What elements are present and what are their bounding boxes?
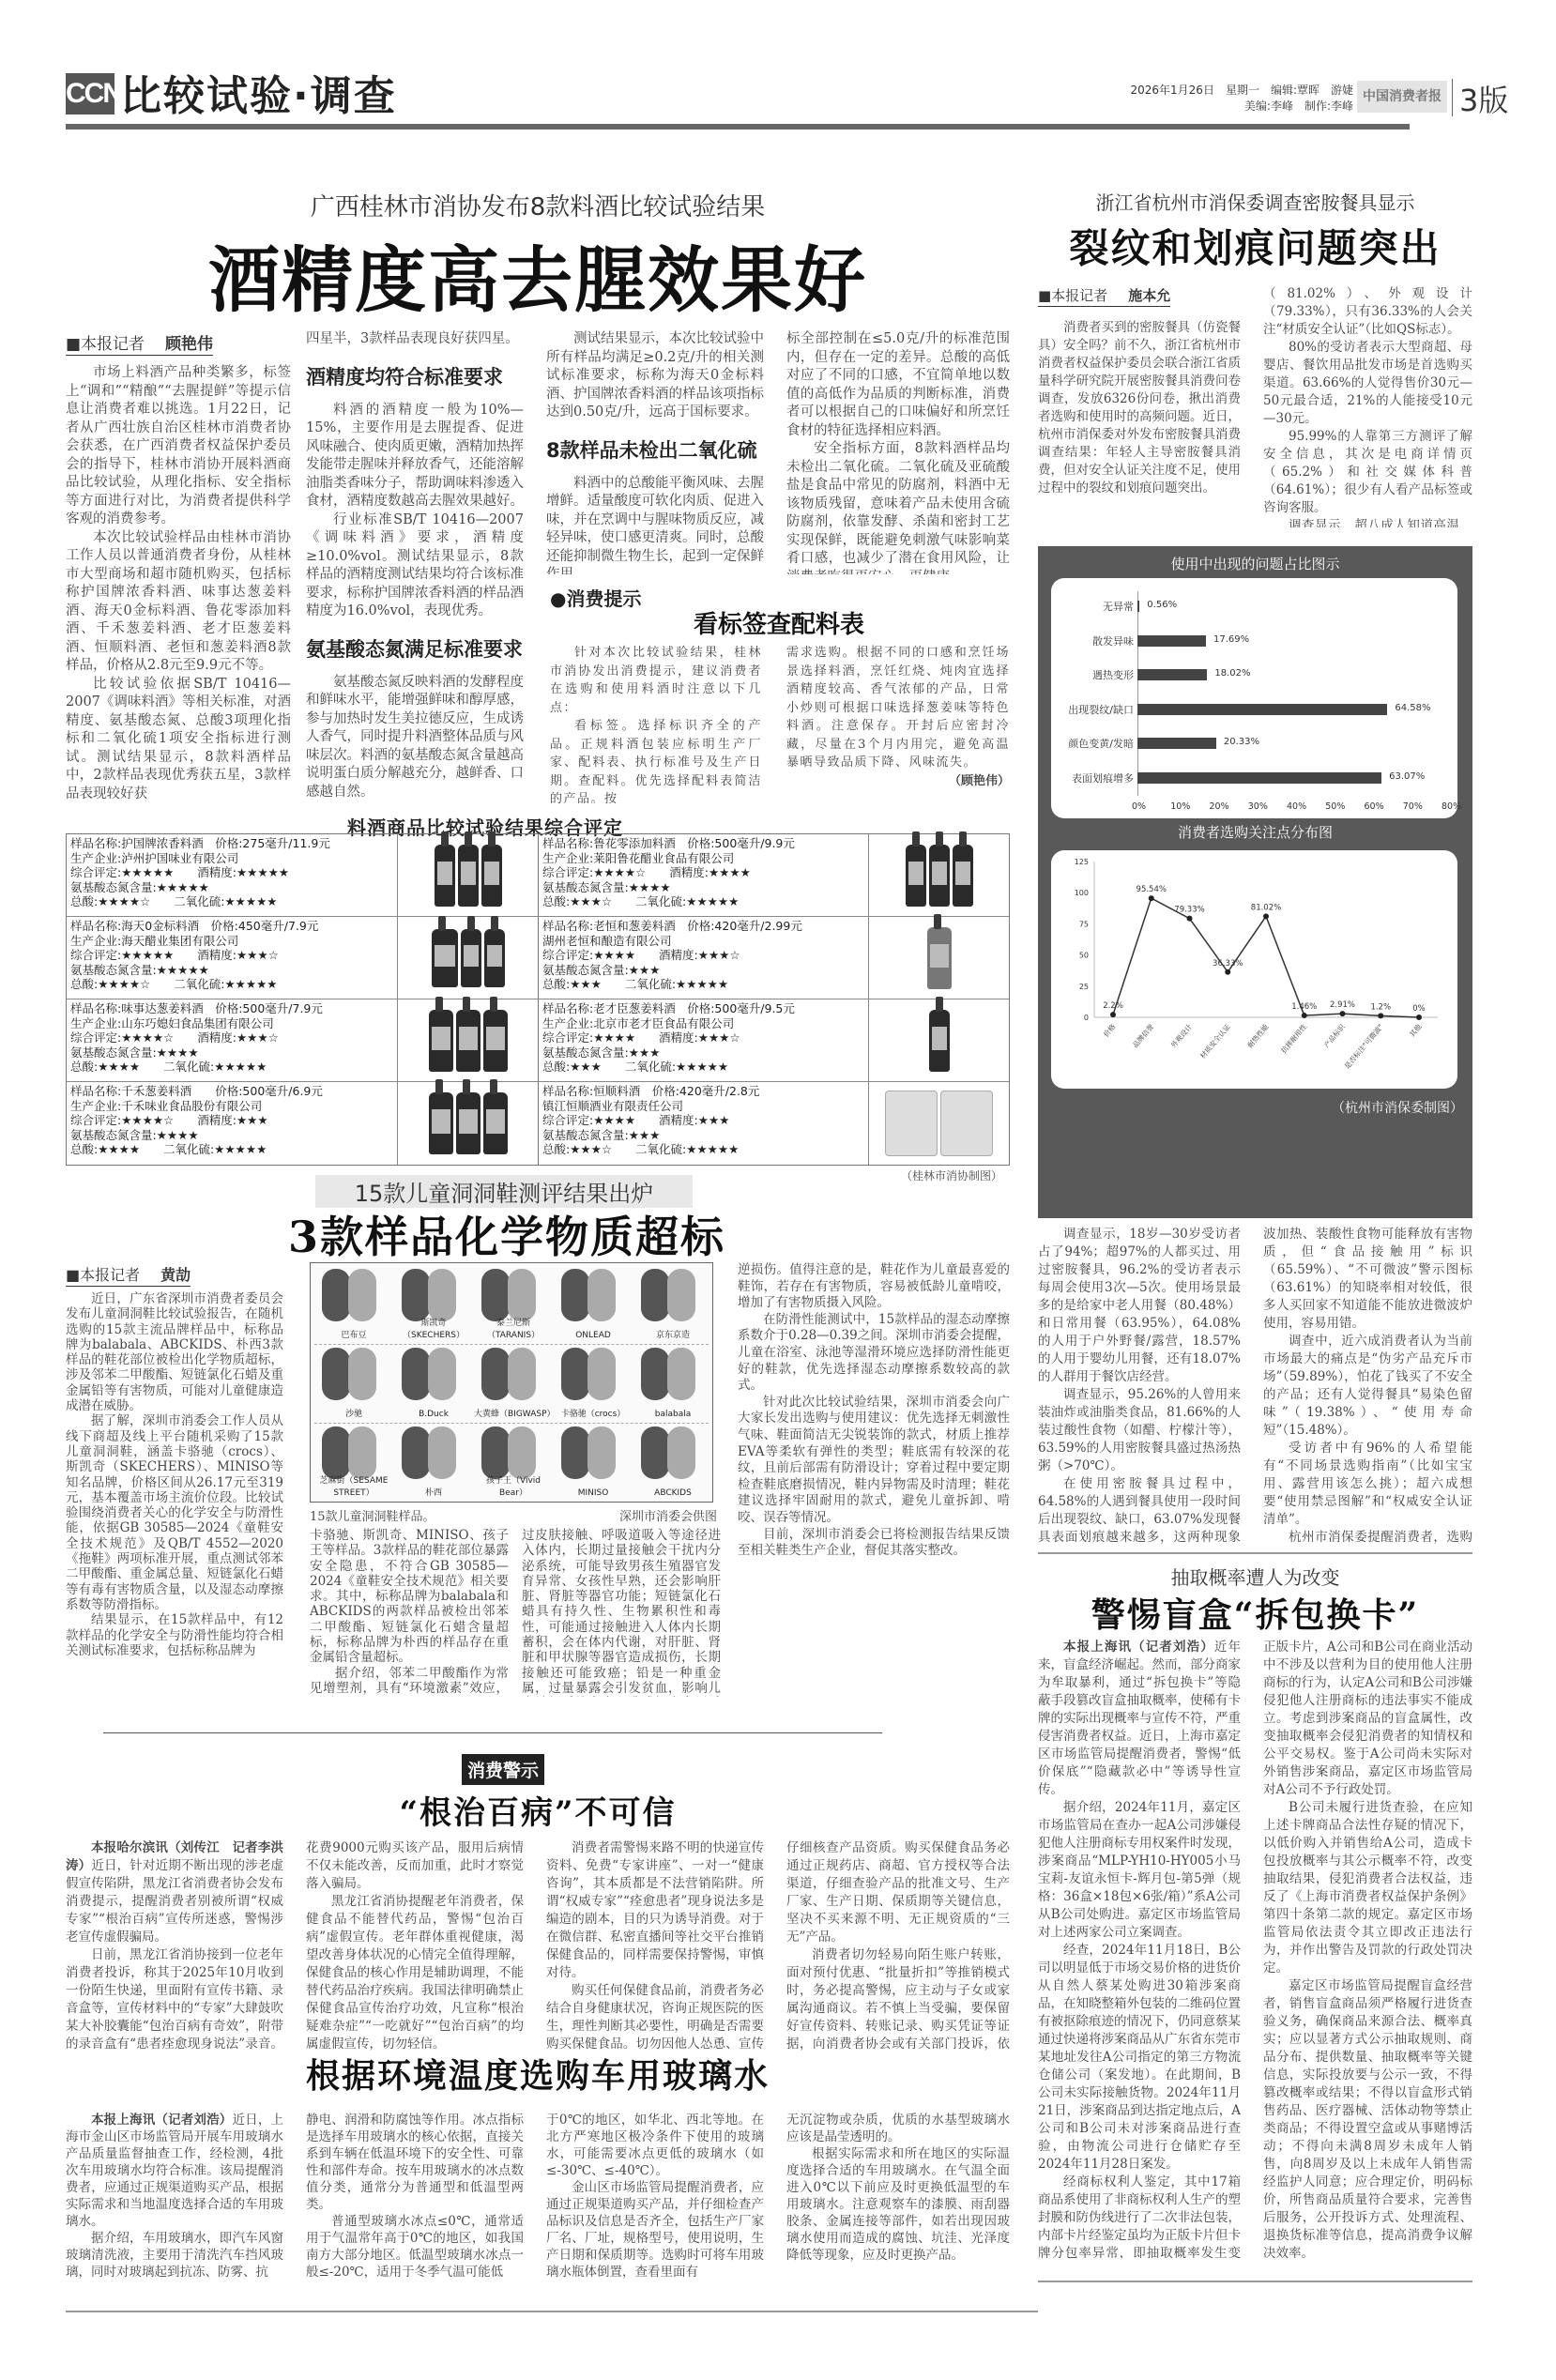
health-top-rule xyxy=(103,1732,882,1733)
svg-text:抗摔耐用性: 抗摔耐用性 xyxy=(1279,1021,1309,1055)
bar xyxy=(1137,738,1216,749)
chart-credit: （杭州市消保委制图） xyxy=(1332,1098,1463,1117)
shoe-sample: 巴布豆 xyxy=(314,1265,393,1342)
shoes-byline: ■本报记者黄劼 xyxy=(66,1263,191,1287)
bar-chart-title: 使用中出现的问题占比图示 xyxy=(1038,546,1472,573)
svg-text:1.46%: 1.46% xyxy=(1291,1002,1317,1012)
table-row: 样品名称:千禾葱姜料酒 价格:500毫升/6.9元 生产企业:千禾味业食品股份有… xyxy=(67,1082,1009,1165)
x-tick: 50% xyxy=(1325,801,1345,812)
section-title: 比较试验·调查 xyxy=(120,62,397,122)
svg-text:价格: 价格 xyxy=(1101,1021,1118,1038)
tip-signature: （顾艳伟） xyxy=(949,772,1010,791)
tip-col-2: 需求选购。根据不同的口感和烹饪场景选择料酒，烹饪红烧、炖肉宜选择酒精度较高、香气… xyxy=(786,644,1010,803)
melamine-kicker: 浙江省杭州市消保委调查密胺餐具显示 xyxy=(1038,188,1472,215)
date-line: 2026年1月26日 星期一 编辑:覃晖 游婕 xyxy=(1131,83,1354,99)
svg-text:0%: 0% xyxy=(1412,1004,1426,1014)
wine-author: 顾艳伟 xyxy=(165,335,213,354)
washer-headline: 根据环境温度选购车用玻璃水 xyxy=(66,2050,1010,2098)
shoe-sample: 沙驰 xyxy=(314,1344,393,1421)
shoe-brand-label: 斯凯奇（SKECHERS） xyxy=(394,1316,473,1340)
bar-value: 63.07% xyxy=(1389,771,1425,782)
melamine-charts-panel: 使用中出现的问题占比图示 无异常0.56%散发异味17.69%遇热变形18.02… xyxy=(1038,546,1472,1218)
shoe-sample: ONLEAD xyxy=(554,1265,633,1342)
bottle-photo xyxy=(868,999,1009,1081)
shoes-author: 黄劼 xyxy=(160,1266,191,1284)
shoe-sample: 芝麻街（SESAME STREET） xyxy=(314,1423,393,1500)
shoe-sample: balabala xyxy=(633,1344,712,1421)
bar-value: 0.56% xyxy=(1147,600,1177,610)
bag-photo xyxy=(868,1082,1009,1165)
wine-sample-laohenghe: 样品名称:老恒和葱姜料酒 价格:420毫升/2.99元 湖州老恒和酿造有限公司 … xyxy=(538,917,1009,999)
shoe-sample: 大黄蜂（BIGWASP） xyxy=(474,1344,553,1421)
masthead-divider xyxy=(1452,79,1453,116)
svg-text:95.54%: 95.54% xyxy=(1136,885,1167,894)
svg-text:是否标注"可微波": 是否标注"可微波" xyxy=(1342,1022,1385,1071)
bar-label: 遇热变形 xyxy=(1040,667,1134,682)
melamine-col-2: （81.02%）、外观设计（79.33%），只有36.33%的人会关注“材质安全… xyxy=(1263,285,1472,527)
wine-col-1: 市场上料酒产品种类繁多，标签上“调和”“精酿”“去腥提鲜”等提示信息让消费者难以… xyxy=(66,364,291,805)
bottle-photo xyxy=(397,834,538,916)
bar-label: 颜色变黄/发暗 xyxy=(1040,736,1134,751)
shoe-brand-label: MINISO xyxy=(554,1488,633,1498)
shoe-sample: 孩子王（Vivid Bear） xyxy=(474,1423,553,1500)
shoe-brand-label: ABCKIDS xyxy=(633,1488,712,1498)
bottom-rule xyxy=(66,2311,1038,2312)
bottle-photo xyxy=(868,834,1009,916)
svg-text:50: 50 xyxy=(1079,952,1089,960)
health-col-4: 仔细核查产品资质。购买保健食品务必通过正规药店、商超、官方授权等合法渠道，仔细查… xyxy=(786,1839,1010,2052)
blindbox-col-2: 正版卡片，A公司和B公司在商业活动中不涉及以营利为目的使用他人注册商标的行为，认… xyxy=(1263,1639,1472,2258)
health-col-3: 消费者需警惕来路不明的快递宣传资料、免费“专家讲座”、一对一“健康咨询”，其本质… xyxy=(546,1839,764,2052)
table-row: 样品名称:味事达葱姜料酒 价格:500毫升/7.9元 生产企业:山东巧媳妇食品集… xyxy=(67,999,1009,1082)
shoe-brand-label: 巴布豆 xyxy=(314,1328,393,1340)
washer-col-4: 无沉淀物或杂质，优质的水基型玻璃水应该是晶莹透明的。 根据实际需求和所在地区的实… xyxy=(786,2112,1010,2281)
svg-text:125: 125 xyxy=(1075,858,1089,866)
shoes-col-3: 过皮肤接触、呼吸道吸入等途径进入体内，长期过量接触会干扰内分泌系统，可能导致男孩… xyxy=(522,1528,721,1697)
tip-col-1: 针对本次比较试验结果，桂林市消协发出消费提示，建议消费者在选购和使用料酒时注意以… xyxy=(550,644,762,803)
bottle-photo xyxy=(397,999,538,1081)
wine-sample-haitian: 样品名称:海天0金标料酒 价格:450毫升/7.9元 生产企业:海天醋业集团有限… xyxy=(67,917,538,999)
melamine-divider xyxy=(1038,1552,1472,1554)
shoe-brand-label: 京东京造 xyxy=(633,1328,712,1340)
shoes-photo-grid: 巴布豆斯凯奇（SKECHERS）泰兰尼斯（TARANIS）ONLEAD京东京造沙… xyxy=(310,1262,713,1503)
bar-label: 表面划痕增多 xyxy=(1040,770,1134,786)
svg-text:2.2%: 2.2% xyxy=(1103,1001,1123,1011)
svg-text:耐热性能: 耐热性能 xyxy=(1245,1021,1271,1049)
wine-kicker: 广西桂林市消协发布8款料酒比较试验结果 xyxy=(66,188,1010,222)
blindbox-col-1: 本报上海讯（记者刘浩）近年来，盲盒经济崛起。然而，部分商家为牟取暴利，通过“拆包… xyxy=(1038,1639,1241,2258)
shoe-brand-label: 卡骆驰（crocs） xyxy=(554,1407,633,1419)
shoe-sample: B.Duck xyxy=(394,1344,473,1421)
bar-label: 无异常 xyxy=(1040,599,1134,614)
wine-table-credit: （桂林市消协制图） xyxy=(901,1167,1002,1183)
shoe-sample: MINISO xyxy=(554,1423,633,1500)
masthead-rule xyxy=(66,124,1410,130)
x-tick: 40% xyxy=(1287,801,1306,812)
wine-sample-laocaichen: 样品名称:老才臣葱姜料酒 价格:500毫升/9.5元 生产企业:北京市老才臣食品… xyxy=(538,999,1009,1081)
shoe-sample: 卡骆驰（crocs） xyxy=(554,1344,633,1421)
x-tick: 30% xyxy=(1248,801,1268,812)
melamine-byline: ■本报记者施本允 xyxy=(1038,285,1170,307)
blindbox-divider xyxy=(1038,2281,1472,2282)
washer-col-1: 本报上海讯（记者刘浩）近日，上海市金山区市场监管局开展车用玻璃水产品质量监督抽查… xyxy=(66,2112,283,2281)
x-tick: 20% xyxy=(1210,801,1229,812)
shoe-sample: ABCKIDS xyxy=(633,1423,712,1500)
tip-headline: 看标签查配料表 xyxy=(544,605,1014,640)
bar-value: 18.02% xyxy=(1214,668,1250,679)
washer-col-3: 于0℃的地区，如华北、西北等地。在北方严寒地区极冷条件下使用的玻璃水，可能需要冰… xyxy=(546,2112,764,2281)
melamine-headline: 裂纹和划痕问题突出 xyxy=(1038,218,1472,274)
shoes-col-2: 卡骆驰、斯凯奇、MINISO、孩子王等样品。3款样品的鞋花部位暴露安全隐患，不符… xyxy=(310,1528,509,1697)
shoe-brand-label: 孩子王（Vivid Bear） xyxy=(474,1473,553,1498)
bottle-photo xyxy=(397,917,538,999)
bar xyxy=(1137,704,1387,715)
blindbox-headline: 警惕盲盒“拆包换卡” xyxy=(1038,1589,1472,1637)
svg-text:0: 0 xyxy=(1084,1014,1089,1022)
shoe-sample: 朴西 xyxy=(394,1423,473,1500)
bar-label: 散发异味 xyxy=(1040,633,1134,648)
health-col-1: 本报哈尔滨讯（刘传江 记者李洪涛）近日，针对近期不断出现的涉老虚假宣传陷阱，黑龙… xyxy=(66,1839,283,2052)
wine-results-table: 样品名称:护国牌浓香料酒 价格:275毫升/11.9元 生产企业:泸州护国味业有… xyxy=(66,833,1010,1166)
svg-text:79.33%: 79.33% xyxy=(1174,906,1204,915)
issue-meta: 2026年1月26日 星期一 编辑:覃晖 游婕 美编:李峰 制作:李峰 xyxy=(1131,83,1354,114)
wine-byline: ■本报记者顾艳伟 xyxy=(66,330,213,356)
svg-text:25: 25 xyxy=(1079,983,1089,991)
shoe-brand-label: balabala xyxy=(633,1410,712,1419)
staff-line: 美编:李峰 制作:李峰 xyxy=(1131,99,1354,114)
health-headline: “根治百病”不可信 xyxy=(66,1787,1010,1833)
shoes-photo-caption: 15款儿童洞洞鞋样品。 xyxy=(310,1506,435,1524)
shoe-brand-label: 大黄蜂（BIGWASP） xyxy=(474,1407,553,1419)
shoe-brand-label: 沙驰 xyxy=(314,1407,393,1419)
wine-sample-luhua: 样品名称:鲁花零添加料酒 价格:500毫升/9.9元 生产企业:莱阳鲁花醋业食品… xyxy=(538,834,1009,916)
svg-text:75: 75 xyxy=(1079,920,1089,928)
warning-tag: 消费警示 xyxy=(462,1754,544,1785)
shoe-brand-label: B.Duck xyxy=(394,1410,473,1419)
shoe-sample: 斯凯奇（SKECHERS） xyxy=(394,1265,473,1342)
blindbox-dateline: 本报上海讯（记者刘浩） xyxy=(1063,1640,1214,1655)
ccn-logo: CCN xyxy=(66,73,114,114)
x-tick: 70% xyxy=(1403,801,1423,812)
blindbox-kicker: 抽取概率遭人为改变 xyxy=(1038,1563,1472,1590)
bottle-photo xyxy=(397,1082,538,1165)
melamine-col-1: 消费者买到的密胺餐具（仿瓷餐具）安全吗？前不久，浙江省杭州市消费者权益保护委员会… xyxy=(1038,319,1241,527)
wine-subhead-amino: 氨基酸态氮满足标准要求 xyxy=(306,634,524,663)
wine-subhead-alcohol: 酒精度均符合标准要求 xyxy=(306,362,524,390)
shoes-photo-credit: 深圳市消委会供图 xyxy=(619,1506,717,1524)
wine-sample-hengshun: 样品名称:恒顺料酒 价格:420毫升/2.8元 镇江恒顺酒业有限责任公司 综合评… xyxy=(538,1082,1009,1165)
wine-sample-qianhe: 样品名称:千禾葱姜料酒 价格:500毫升/6.9元 生产企业:千禾味业食品股份有… xyxy=(67,1082,538,1165)
washer-dateline: 本报上海讯（记者刘浩） xyxy=(91,2113,232,2128)
wine-sample-hugu: 样品名称:护国牌浓香料酒 价格:275毫升/11.9元 生产企业:泸州护国味业有… xyxy=(67,834,538,916)
newspaper-brand: 中国消费者报 xyxy=(1357,81,1447,113)
bar-value: 64.58% xyxy=(1395,703,1430,713)
x-tick: 10% xyxy=(1170,801,1190,812)
shoe-sample: 泰兰尼斯（TARANIS） xyxy=(474,1265,553,1342)
wine-col-4: 标全部控制在≤5.0克/升的标准范围内，但存在一定的差异。总酸的高低对应了不同的… xyxy=(786,330,1010,574)
shoe-brand-label: 芝麻街（SESAME STREET） xyxy=(314,1473,393,1498)
melamine-col-4: 波加热、装酸性食物可能释放有害物质，但“食品接触用”标识（65.59%）、“不可… xyxy=(1263,1226,1472,1545)
svg-text:100: 100 xyxy=(1075,889,1089,897)
health-col-2: 花费9000元购买该产品，服用后病情不仅未能改善，反而加重，此时才察觉落入骗局。… xyxy=(306,1839,524,2052)
bar xyxy=(1137,669,1207,680)
svg-text:材质安全认证: 材质安全认证 xyxy=(1198,1021,1232,1060)
bar xyxy=(1137,635,1206,647)
page-number: 3版 xyxy=(1459,77,1508,120)
bar-label: 出现裂纹/缺口 xyxy=(1040,702,1134,717)
svg-text:产品标识: 产品标识 xyxy=(1321,1021,1347,1049)
shoes-col-4: 逆损伤。值得注意的是，鞋花作为儿童最喜爱的鞋饰，若存在有害物质，容易被低龄儿童啃… xyxy=(738,1262,1010,1697)
washer-col-2: 静电、润滑和防腐蚀等作用。冰点指标是选择车用玻璃水的核心依据，直接关系到车辆在低… xyxy=(306,2112,524,2281)
x-tick: 0% xyxy=(1132,801,1146,812)
table-row: 样品名称:海天0金标料酒 价格:450毫升/7.9元 生产企业:海天醋业集团有限… xyxy=(67,917,1009,999)
shoe-brand-label: 朴西 xyxy=(394,1486,473,1498)
wine-col-3: 测试结果显示，本次比较试验中所有样品均满足≥0.2克/升的相关测试标准要求，标称… xyxy=(546,330,764,574)
bar-value: 17.69% xyxy=(1213,634,1249,645)
x-tick: 60% xyxy=(1365,801,1384,812)
line-chart-title: 消费者选购关注点分布图 xyxy=(1038,822,1472,842)
focus-line-chart: 02550751001252.2%价格95.54%品牌信誉79.33%外观设计3… xyxy=(1051,850,1457,1089)
shoes-headline: 3款样品化学物质超标 xyxy=(244,1203,770,1265)
wine-sample-weishida: 样品名称:味事达葱姜料酒 价格:500毫升/7.9元 生产企业:山东巧媳妇食品集… xyxy=(67,999,538,1081)
bar xyxy=(1137,772,1381,784)
shoe-brand-label: 泰兰尼斯（TARANIS） xyxy=(474,1316,553,1340)
wine-headline: 酒精度高去腥效果好 xyxy=(66,223,1010,326)
svg-text:品牌信誉: 品牌信誉 xyxy=(1130,1021,1155,1049)
table-row: 样品名称:护国牌浓香料酒 价格:275毫升/11.9元 生产企业:泸州护国味业有… xyxy=(67,834,1009,917)
melamine-col-3: 调查显示，18岁—30岁受访者占了94%；超97%的人都买过、用过密胺餐具，96… xyxy=(1038,1226,1241,1545)
svg-text:81.02%: 81.02% xyxy=(1251,903,1281,912)
melamine-author: 施本允 xyxy=(1128,287,1170,304)
bottle-photo xyxy=(868,917,1009,999)
x-tick: 80% xyxy=(1442,801,1461,812)
svg-text:2.91%: 2.91% xyxy=(1330,1000,1355,1010)
wine-subhead-so2: 8款样品未检出二氧化硫 xyxy=(546,435,764,464)
bar-value: 20.33% xyxy=(1224,737,1259,747)
shoe-brand-label: ONLEAD xyxy=(554,1331,633,1340)
shoes-col-1: 近日，广东省深圳市消费者委员会发布儿童洞洞鞋比较试验报告，在随机选购的15款主流… xyxy=(66,1291,283,1697)
svg-text:其他: 其他 xyxy=(1407,1021,1424,1038)
wine-col-2: 四星半，3款样品表现良好获四星。 酒精度均符合标准要求 料酒的酒精度一般为10%… xyxy=(306,330,524,807)
svg-text:外观设计: 外观设计 xyxy=(1168,1021,1194,1049)
bar xyxy=(1137,601,1139,612)
svg-text:1.2%: 1.2% xyxy=(1370,1002,1391,1012)
shoe-sample: 京东京造 xyxy=(633,1265,712,1342)
problem-bar-chart: 无异常0.56%散发异味17.69%遇热变形18.02%出现裂纹/缺口64.58… xyxy=(1051,578,1457,818)
svg-text:36.33%: 36.33% xyxy=(1213,959,1243,969)
